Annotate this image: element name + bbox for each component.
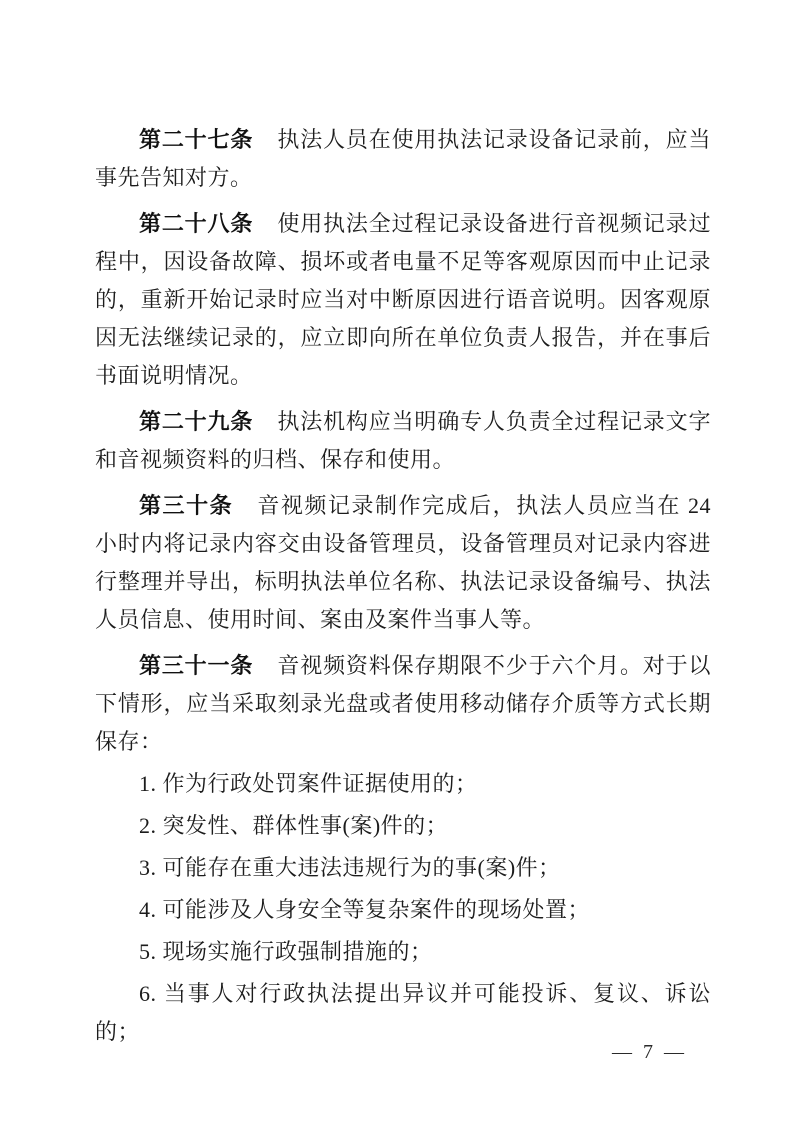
list-item-4-text: 4. 可能涉及人身安全等复杂案件的现场处置；	[139, 897, 590, 922]
list-item-1-text: 1. 作为行政处罚案件证据使用的；	[139, 771, 478, 796]
list-item-5-text: 5. 现场实施行政强制措施的；	[139, 939, 433, 964]
list-item-3-text: 3. 可能存在重大违法违规行为的事(案)件；	[139, 855, 561, 880]
paragraph-article-28: 第二十八条使用执法全过程记录设备进行音视频记录过程中，因设备故障、损坏或者电量不…	[95, 205, 711, 395]
list-item-3: 3. 可能存在重大违法违规行为的事(案)件；	[95, 849, 711, 887]
article-28-text: 使用执法全过程记录设备进行音视频记录过程中，因设备故障、损坏或者电量不足等客观原…	[95, 211, 711, 388]
page-number: — 7 —	[612, 1040, 687, 1064]
article-30-number: 第三十条	[139, 493, 233, 518]
list-item-4: 4. 可能涉及人身安全等复杂案件的现场处置；	[95, 891, 711, 929]
article-31-number: 第三十一条	[139, 653, 253, 678]
paragraph-article-30: 第三十条音视频记录制作完成后，执法人员应当在 24 小时内将记录内容交由设备管理…	[95, 487, 711, 639]
document-content: 第二十七条执法人员在使用执法记录设备记录前，应当事先告知对方。 第二十八条使用执…	[95, 121, 711, 1051]
paragraph-article-31: 第三十一条音视频资料保存期限不少于六个月。对于以下情形，应当采取刻录光盘或者使用…	[95, 647, 711, 761]
paragraph-article-27: 第二十七条执法人员在使用执法记录设备记录前，应当事先告知对方。	[95, 121, 711, 197]
list-item-2-text: 2. 突发性、群体性事(案)件的；	[139, 813, 448, 838]
list-item-1: 1. 作为行政处罚案件证据使用的；	[95, 765, 711, 803]
paragraph-article-29: 第二十九条执法机构应当明确专人负责全过程记录文字和音视频资料的归档、保存和使用。	[95, 403, 711, 479]
document-page: 第二十七条执法人员在使用执法记录设备记录前，应当事先告知对方。 第二十八条使用执…	[0, 0, 793, 1122]
article-29-number: 第二十九条	[139, 409, 253, 434]
list-item-2: 2. 突发性、群体性事(案)件的；	[95, 807, 711, 845]
article-28-number: 第二十八条	[139, 211, 253, 236]
list-item-5: 5. 现场实施行政强制措施的；	[95, 933, 711, 971]
article-27-number: 第二十七条	[139, 127, 253, 152]
list-item-6-text: 6. 当事人对行政执法提出异议并可能投诉、复议、诉讼的；	[95, 981, 711, 1044]
